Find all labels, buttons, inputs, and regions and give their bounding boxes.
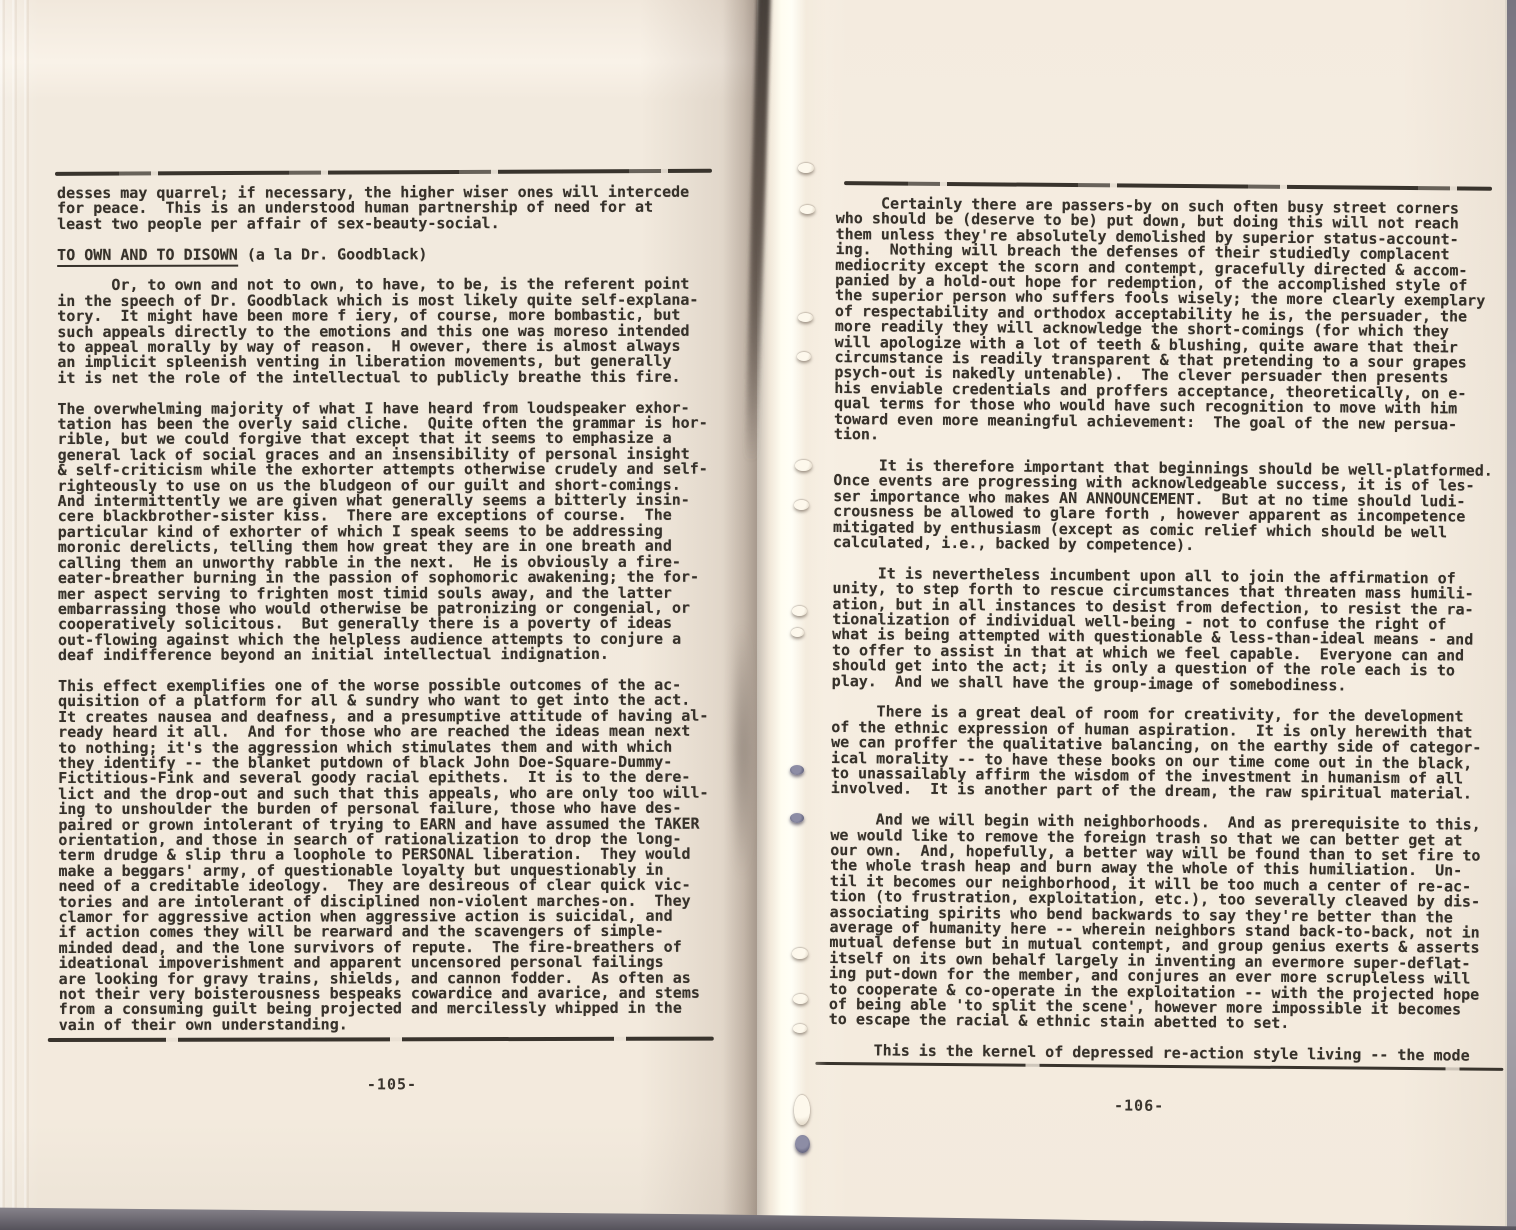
binding-stitch — [794, 500, 809, 510]
binding-stitch — [790, 765, 804, 775]
paragraph: It is nevertheless incumbent upon all to… — [832, 566, 1492, 695]
text-line: deaf indifference beyond an initial inte… — [58, 647, 708, 664]
text-line: least two people per affair of sex-beaut… — [57, 215, 707, 232]
binding-stitch — [790, 813, 804, 823]
paragraph: There is a great deal of room for creati… — [831, 704, 1491, 802]
scan-right-edge — [1507, 0, 1516, 1230]
heading-rest-text: (a la Dr. Goodblack) — [238, 245, 428, 263]
right-page-number: -106- — [1114, 1096, 1164, 1114]
section-heading: TO OWN AND TO DISOWN (a la Dr. Goodblack… — [57, 246, 707, 263]
left-top-rule — [55, 169, 712, 176]
right-page-content: Certainly there are passers-by on such o… — [748, 0, 1510, 1230]
text-line: This is the kernel of depressed re-actio… — [828, 1043, 1487, 1064]
binding-stitch — [797, 352, 811, 361]
right-page-text: Certainly there are passers-by on such o… — [828, 196, 1495, 1064]
book-scan: desses may quarrel; if necessary, the hi… — [0, 0, 1516, 1230]
binding-stitch — [793, 994, 808, 1004]
paragraph: This is the kernel of depressed re-actio… — [828, 1043, 1487, 1064]
binding-stitch — [798, 163, 814, 173]
text-line: vain of their own understanding. — [59, 1017, 709, 1034]
left-bottom-rule — [48, 1037, 714, 1042]
left-page: desses may quarrel; if necessary, the hi… — [0, 0, 757, 1222]
left-page-number: -105- — [367, 1075, 417, 1093]
binding-stitch — [798, 313, 813, 322]
right-top-rule — [844, 181, 1492, 190]
binding-stitch — [792, 948, 808, 959]
left-page-text: desses may quarrel; if necessary, the hi… — [57, 185, 709, 1034]
left-page-content: desses may quarrel; if necessary, the hi… — [0, 0, 759, 1222]
paragraph: Or, to own and not to own, to have, to b… — [57, 277, 707, 386]
text-line: involved. It is another part of the drea… — [831, 781, 1490, 802]
paragraph: desses may quarrel; if necessary, the hi… — [57, 185, 707, 233]
gutter-mid-shadow — [731, 620, 753, 880]
binding-stitch — [800, 205, 815, 214]
binding-stitch — [794, 1095, 810, 1125]
paragraph: And we will begin with neighborhoods. An… — [829, 812, 1490, 1033]
paragraph: This effect exemplifies one of the worse… — [58, 678, 709, 1034]
text-line: it is net the role of the intellectual t… — [57, 369, 707, 386]
right-page: Certainly there are passers-by on such o… — [757, 0, 1508, 1230]
paragraph: Certainly there are passers-by on such o… — [834, 196, 1495, 448]
binding-stitch — [791, 628, 804, 637]
paragraph: The overwhelming majority of what I have… — [57, 400, 708, 663]
book-gutter — [723, 0, 827, 1230]
binding-stitch — [792, 606, 807, 616]
heading-underlined-text: TO OWN AND TO DISOWN — [57, 245, 238, 266]
paragraph: It is therefore important that beginning… — [833, 458, 1493, 556]
binding-stitch — [795, 460, 812, 471]
binding-stitch — [795, 1135, 810, 1153]
binding-stitch — [793, 1024, 807, 1033]
